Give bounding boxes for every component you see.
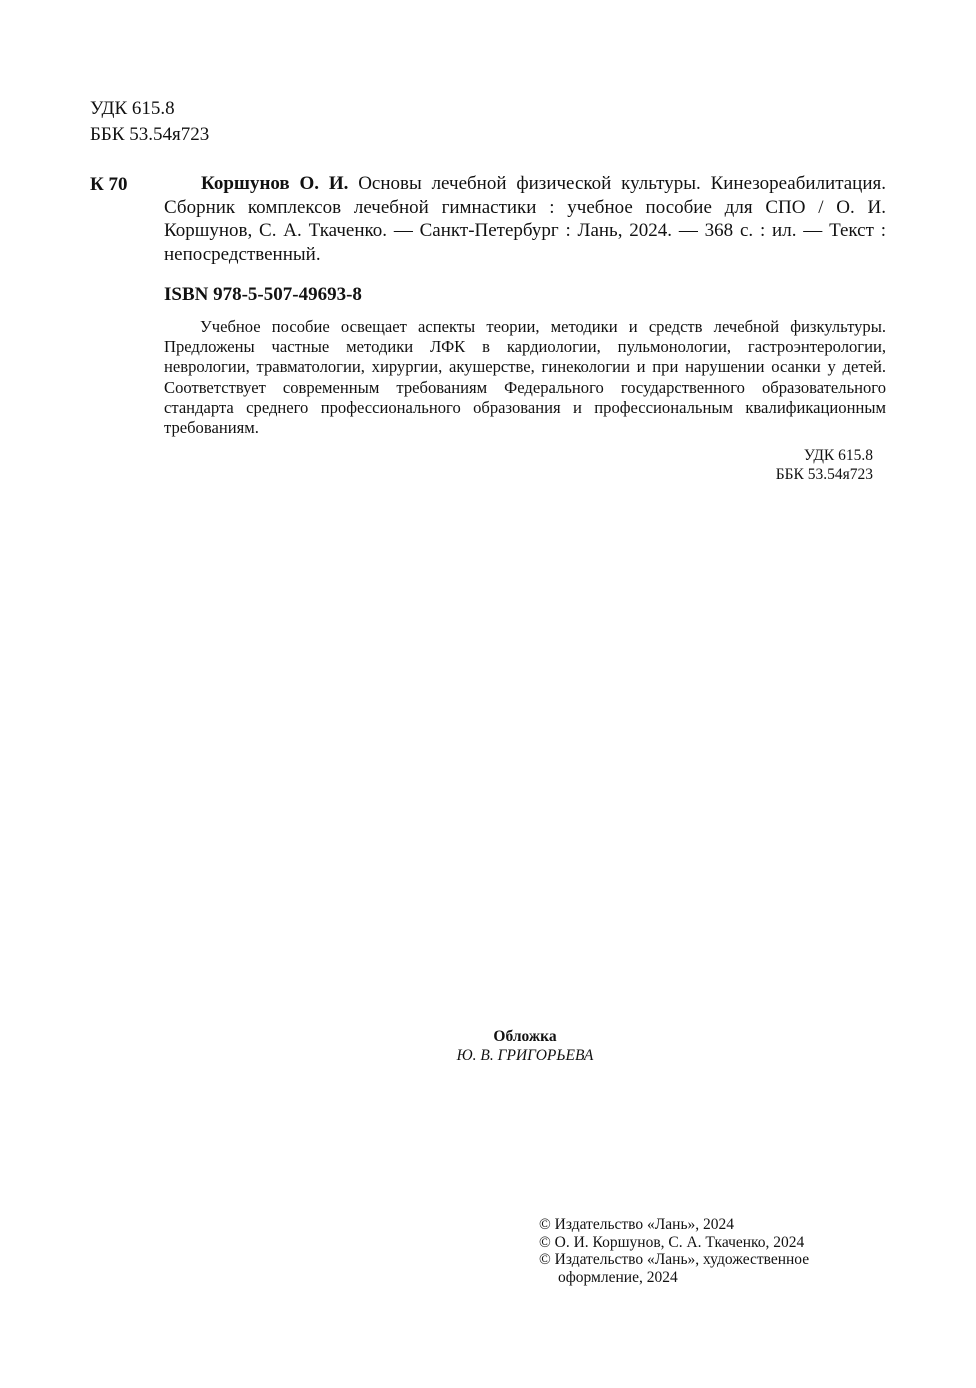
catalog-code: К 70 (90, 172, 128, 198)
cover-credit: Обложка Ю. В. ГРИГОРЬЕВА (400, 1027, 650, 1065)
cover-designer: Ю. В. ГРИГОРЬЕВА (400, 1046, 650, 1065)
bbk-code-bottom: ББК 53.54я723 (700, 465, 873, 484)
udk-code: УДК 615.8 (90, 96, 209, 122)
annotation: Учебное пособие освещает аспекты теории,… (164, 317, 886, 438)
bbk-code: ББК 53.54я723 (90, 122, 209, 148)
copyright-line-design: © Издательство «Лань», художественное (539, 1251, 859, 1269)
classification-footer: УДК 615.8 ББК 53.54я723 (700, 446, 873, 484)
copyright-block: © Издательство «Лань», 2024 © О. И. Корш… (539, 1216, 859, 1286)
author-name: Коршунов О. И. (201, 173, 348, 194)
udk-code-bottom: УДК 615.8 (700, 446, 873, 465)
isbn: ISBN 978-5-507-49693-8 (164, 282, 362, 308)
copyright-line-design-cont: оформление, 2024 (539, 1269, 859, 1287)
copyright-line-publisher: © Издательство «Лань», 2024 (539, 1216, 859, 1234)
bibliographic-record: Коршунов О. И. Основы лечебной физическо… (164, 172, 886, 266)
cover-label: Обложка (400, 1027, 650, 1046)
classification-header: УДК 615.8 ББК 53.54я723 (90, 96, 209, 148)
copyright-line-authors: © О. И. Коршунов, С. А. Ткаченко, 2024 (539, 1234, 859, 1252)
